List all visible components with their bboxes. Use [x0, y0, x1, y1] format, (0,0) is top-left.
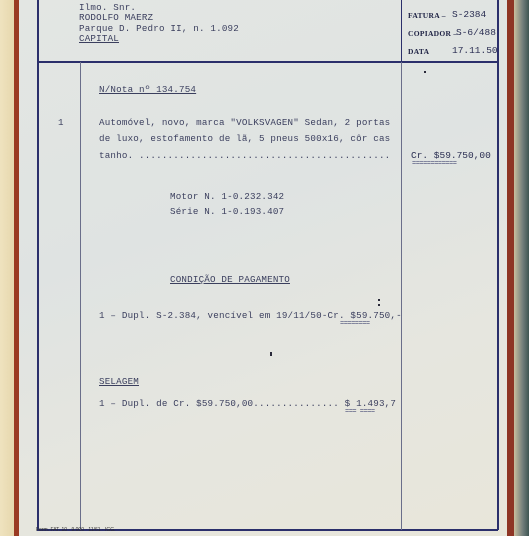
serie-number: Série N. 1-0.193.407: [170, 206, 284, 217]
amount-column-line: [401, 62, 402, 530]
ink-mark: [270, 352, 272, 356]
fatura-value: S-2384: [452, 9, 486, 20]
motor-number: Motor N. 1-0.232.342: [170, 191, 284, 202]
item-description-line-2: de luxo, estofamento de lã, 5 pneus 500x…: [99, 133, 390, 144]
item-description-line-1: Automóvel, novo, marca "VOLKSVAGEN" Seda…: [99, 117, 390, 128]
invoice-paper: [19, 0, 507, 536]
item-number: 1: [58, 117, 64, 128]
recipient-city: CAPITAL: [79, 33, 119, 44]
data-label: DATA: [408, 47, 429, 56]
frame-left-border: [37, 0, 39, 530]
recipient-name: RODOLFO MAERZ: [79, 12, 153, 23]
fatura-label: FATURA –: [408, 11, 446, 20]
header-divider: [37, 61, 498, 63]
frame-right-border: [497, 0, 499, 530]
item-amount-underline: ============: [412, 160, 456, 168]
form-code-footer: Form. FAT. 10 · 9.000 · 11/61 · IGG.: [36, 527, 116, 533]
selagem-underline: === ====: [345, 408, 375, 416]
ink-mark: [378, 304, 380, 306]
header-column-divider: [401, 0, 402, 62]
item-description-line-3: tanho. .................................…: [99, 150, 390, 161]
item-number-column-line: [80, 62, 81, 530]
right-red-binding-stripe: [507, 0, 514, 536]
ink-mark: [424, 71, 426, 73]
ink-mark: [378, 299, 380, 301]
nota-title: N/Nota nº 134.754: [99, 84, 196, 95]
payment-condition-title: CONDIÇÃO DE PAGAMENTO: [170, 274, 290, 285]
copiador-value: S-6/488: [456, 27, 496, 38]
copiador-label: COPIADOR –: [408, 29, 457, 38]
page-left-margin: [0, 0, 14, 536]
payment-underline: ========: [340, 320, 370, 328]
data-value: 17.11.50: [452, 45, 498, 56]
selagem-title: SELAGEM: [99, 376, 139, 387]
right-page-edge: [514, 0, 529, 536]
